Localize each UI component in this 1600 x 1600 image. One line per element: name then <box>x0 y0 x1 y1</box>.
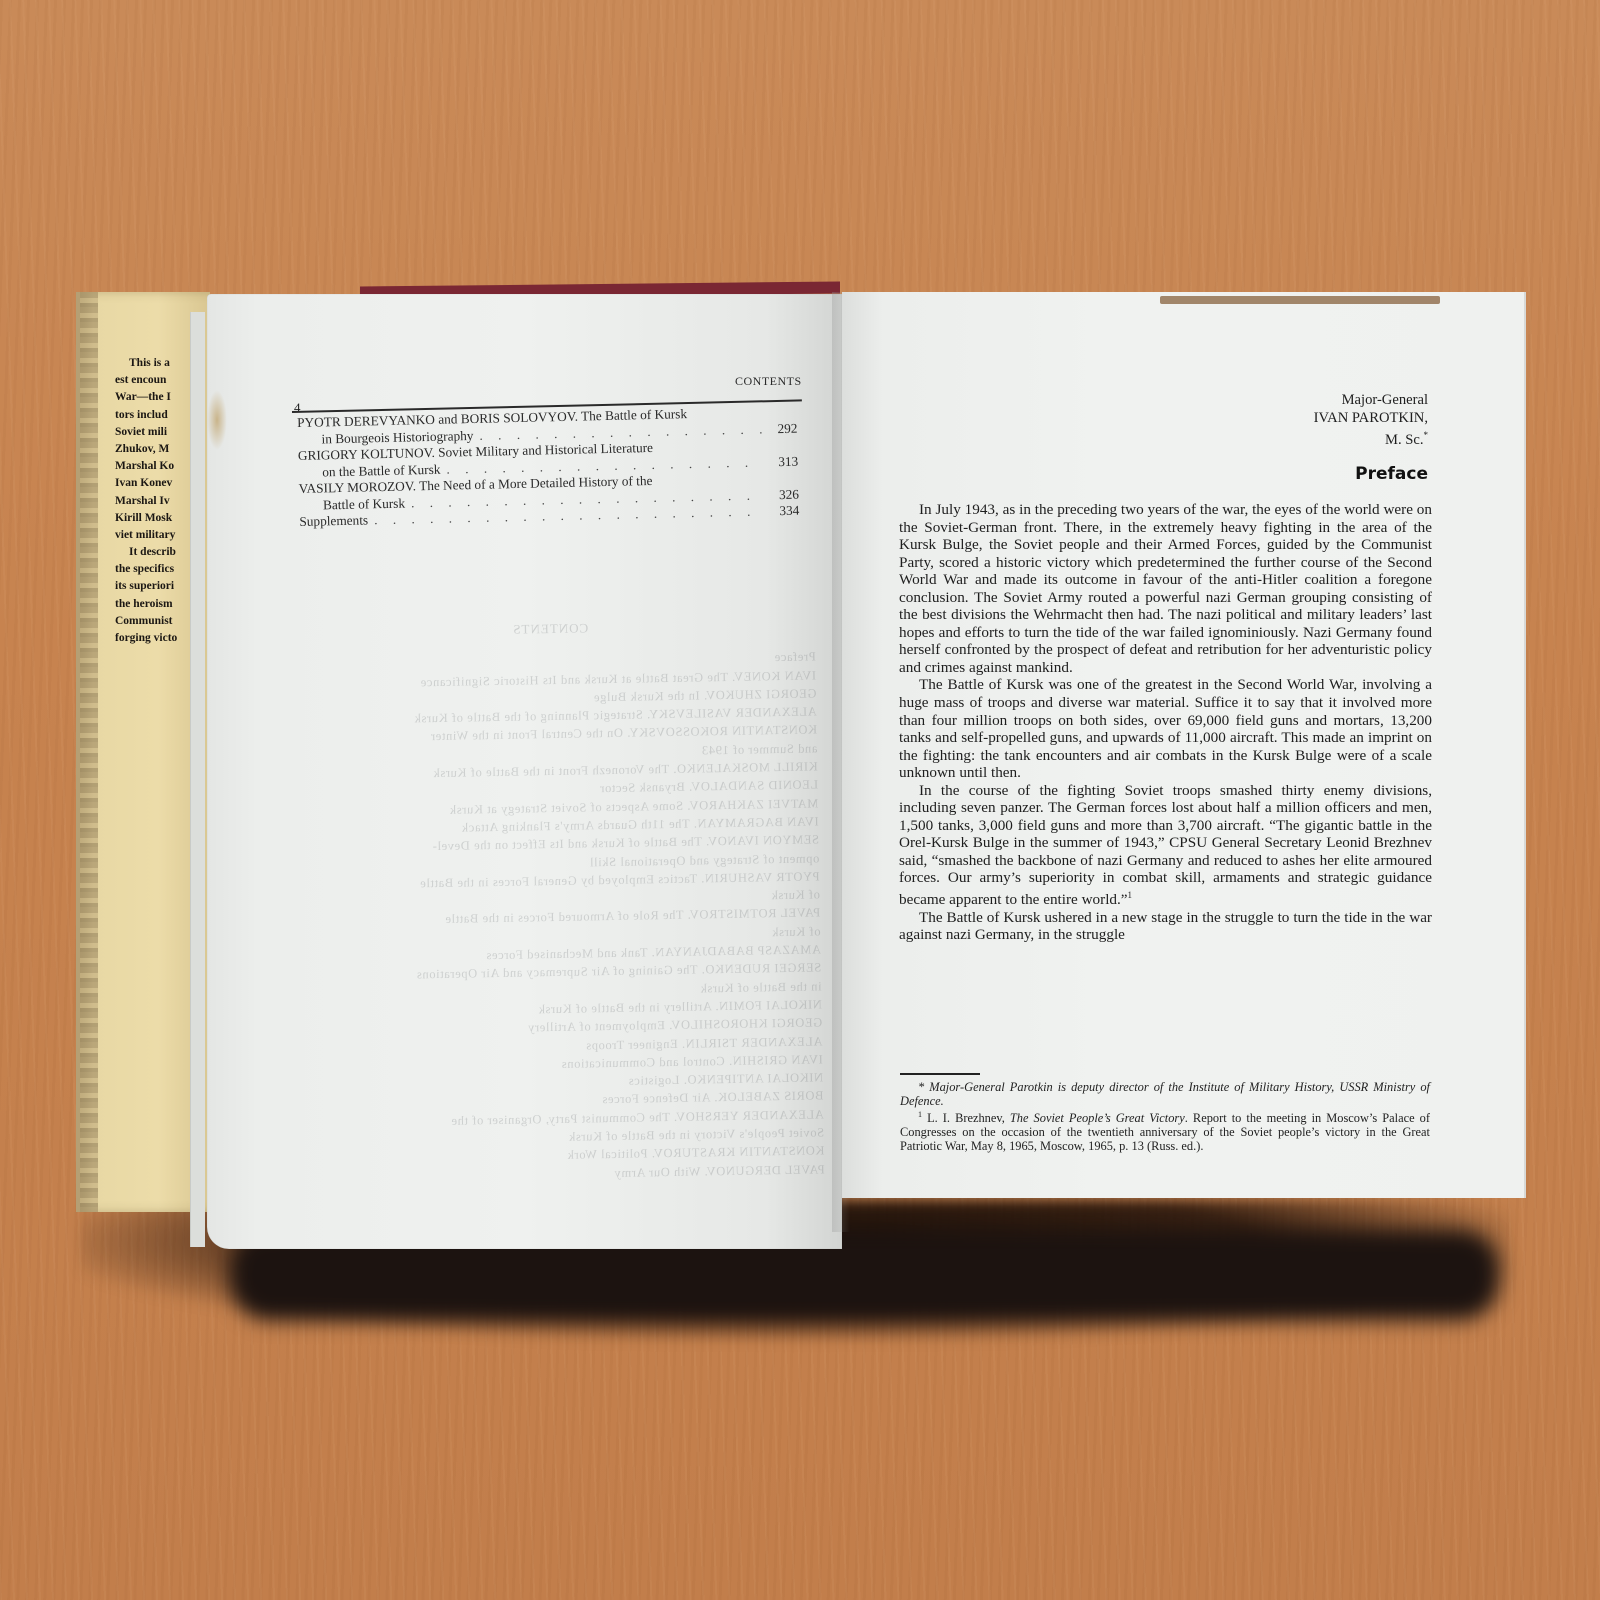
footnote-marker[interactable]: * <box>1424 430 1429 440</box>
author-degree: M. Sc. <box>1385 432 1424 448</box>
chapter-title: Preface <box>1355 464 1428 484</box>
paragraph-with-footnote: In the course of the fighting Soviet tro… <box>899 782 1432 909</box>
left-endpaper <box>190 312 205 1247</box>
running-head: CONTENTS <box>735 374 802 389</box>
author-byline: Major-General IVAN PAROTKIN, M. Sc.* <box>1314 392 1428 449</box>
paragraph: The Battle of Kursk ushered in a new sta… <box>899 909 1432 944</box>
footnote-text: Major-General Parotkin is deputy directo… <box>900 1080 1430 1108</box>
page-number: 4 <box>294 400 301 416</box>
toc-page-number: 313 <box>768 453 798 470</box>
torn-page-edge <box>1160 296 1440 304</box>
toc-page-number: 292 <box>767 420 797 437</box>
flap-worn-edge <box>80 292 98 1212</box>
footnote-marker: 1 <box>918 1110 922 1119</box>
toc-entry-title: Supplements <box>299 512 368 530</box>
toc-page-number: 334 <box>769 503 799 520</box>
paragraph: The Battle of Kursk was one of the great… <box>899 676 1432 781</box>
footnote-marker: * <box>918 1080 924 1094</box>
table-of-contents: PYOTR DEREVYANKO and BORIS SOLOVYOV. The… <box>297 404 799 531</box>
preface-body: In July 1943, as in the preceding two ye… <box>899 501 1432 944</box>
footnotes: * Major-General Parotkin is deputy direc… <box>900 1081 1430 1153</box>
toc-entry-subtitle: Battle of Kursk <box>323 495 405 513</box>
paragraph-text: In the course of the fighting Soviet tro… <box>899 782 1432 908</box>
footnote-marker[interactable]: 1 <box>1128 890 1133 900</box>
footnote-book-title: The Soviet People’s Great Victory <box>1010 1111 1185 1125</box>
footnote-star: * Major-General Parotkin is deputy direc… <box>900 1081 1430 1108</box>
paragraph: In July 1943, as in the preceding two ye… <box>899 501 1432 676</box>
page-stain <box>207 390 227 450</box>
footnote-author: L. I. Brezhnev, <box>927 1111 1010 1125</box>
footnote-1: 1 L. I. Brezhnev, The Soviet People’s Gr… <box>900 1108 1430 1153</box>
toc-page-number: 326 <box>769 486 799 503</box>
footnote-rule <box>900 1073 980 1075</box>
author-name: IVAN PAROTKIN, <box>1314 410 1428 428</box>
author-rank: Major-General <box>1314 392 1428 410</box>
show-through-contents: CONTENTS Preface IVAN KONEV. The Great B… <box>285 615 825 1187</box>
